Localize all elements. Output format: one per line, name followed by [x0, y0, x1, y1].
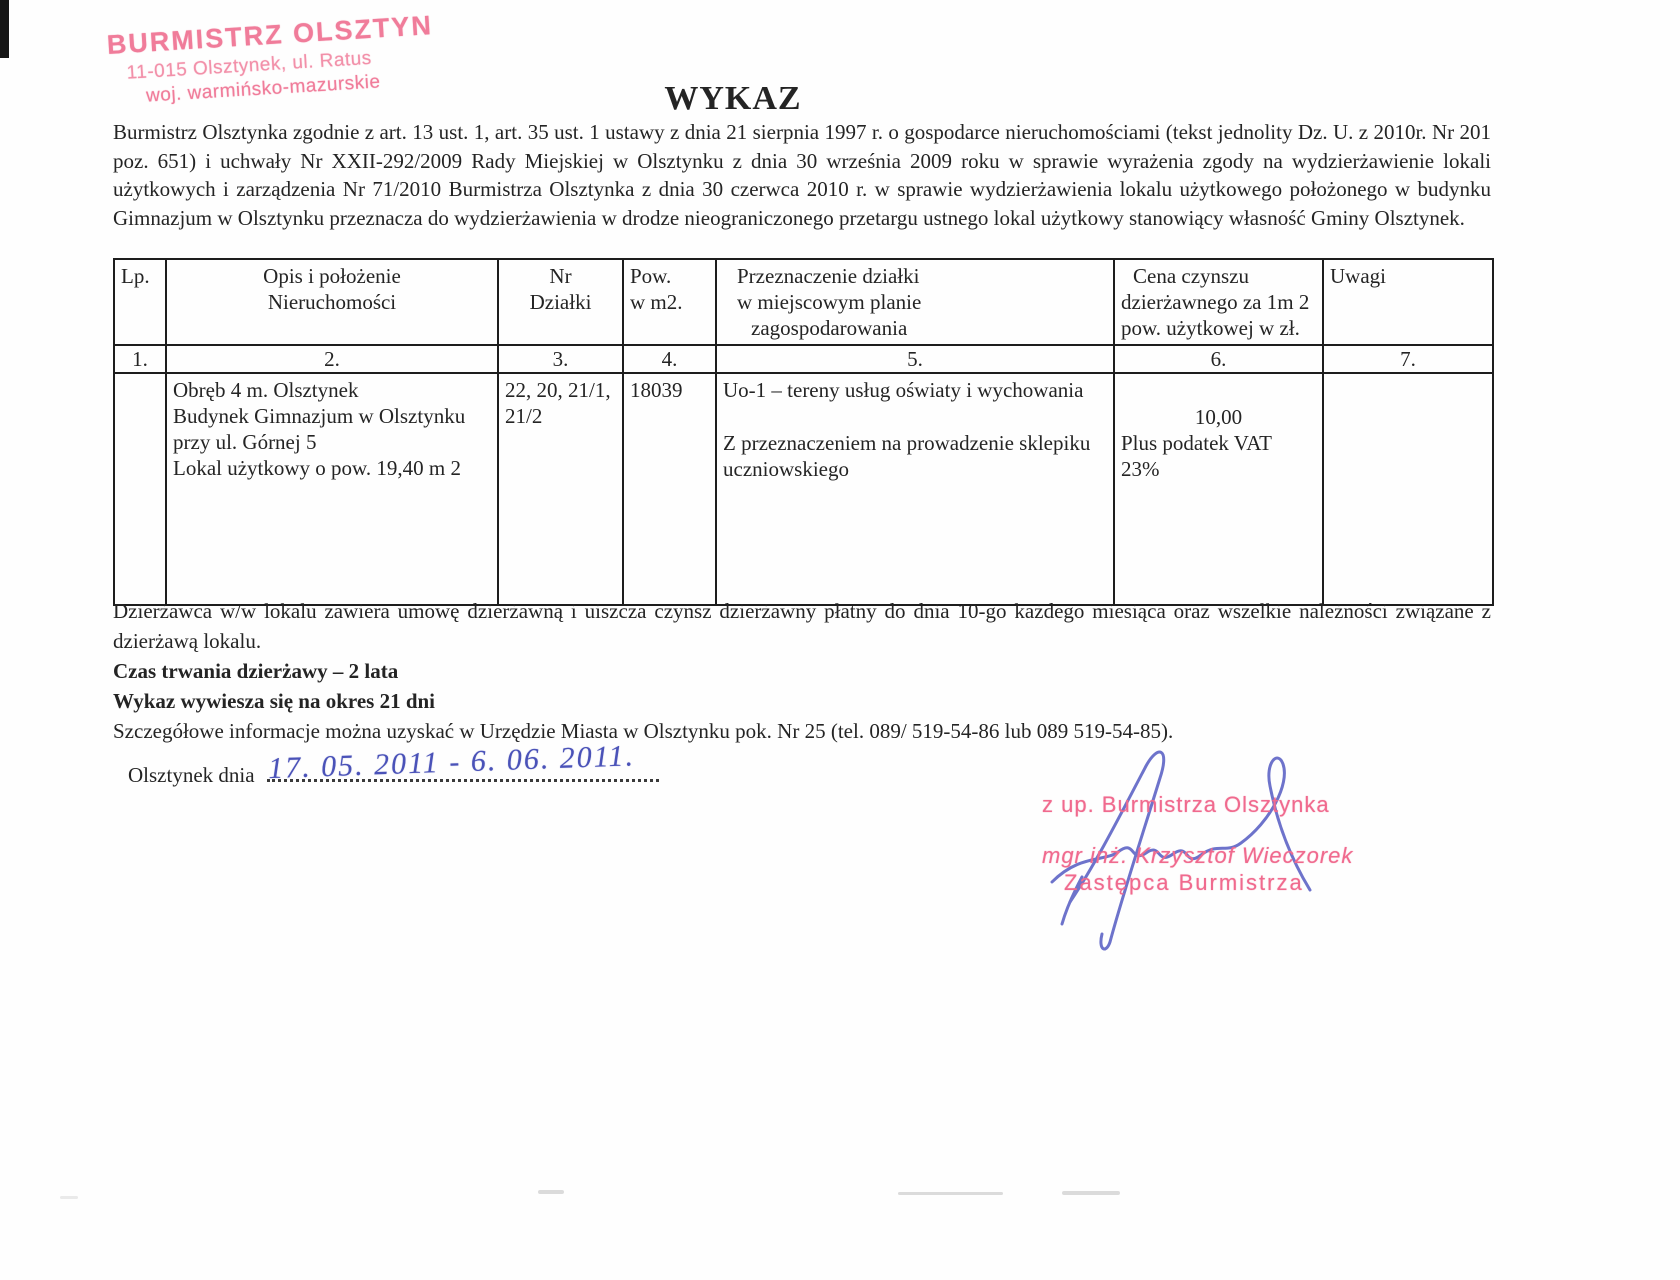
posting-period-line: Wykaz wywiesza się na okres 21 dni	[113, 686, 1491, 716]
cell-przeznaczenie: Uo-1 – tereny usług oświaty i wychowania…	[716, 373, 1114, 605]
col-header-cena: Cena czynszu dzierżawnego za 1m 2 pow. u…	[1114, 259, 1323, 345]
opis-line: Budynek Gimnazjum w Olsztynku	[173, 403, 491, 429]
intro-paragraph: Burmistrz Olsztynka zgodnie z art. 13 us…	[113, 118, 1491, 232]
col-number: 3.	[498, 345, 623, 373]
col-header-nr-dzialki: Nr Działki	[498, 259, 623, 345]
col-header-pow: Pow. w m2.	[623, 259, 716, 345]
date-label: Olsztynek dnia	[128, 763, 255, 788]
scan-artifact	[60, 1196, 78, 1199]
col-number: 1.	[114, 345, 166, 373]
przeznaczenie-line: Uo-1 – tereny usług oświaty i wychowania	[723, 377, 1107, 403]
pow-value: 18039	[630, 377, 709, 403]
header-text: Nieruchomości	[173, 289, 491, 315]
cena-vat-line: Plus podatek VAT	[1121, 430, 1316, 456]
header-text: Działki	[505, 289, 616, 315]
cell-pow: 18039	[623, 373, 716, 605]
header-text: dzierżawnego za 1m 2	[1121, 289, 1316, 315]
nr-dzialki-value: 22, 20, 21/1, 21/2	[505, 377, 616, 429]
lease-terms-paragraph: Dzierżawca w/w lokalu zawiera umowę dzie…	[113, 596, 1491, 656]
col-number: 2.	[166, 345, 498, 373]
signature-name-line: mgr inż. Krzysztof Wieczorek	[1042, 843, 1353, 869]
document-title: WYKAZ	[113, 80, 1353, 118]
header-text: pow. użytkowej w zł.	[1121, 315, 1316, 341]
signature-authority-line: z up. Burmistrza Olsztynka	[1042, 792, 1353, 818]
listing-table: Lp. Opis i położenie Nieruchomości Nr Dz…	[113, 258, 1494, 606]
lease-duration-line: Czas trwania dzierżawy – 2 lata	[113, 656, 1491, 686]
header-text: w miejscowym planie	[723, 289, 1107, 315]
scanned-document-page: BURMISTRZ OLSZTYN 11-015 Olsztynek, ul. …	[0, 0, 1680, 1280]
signature-title-line: Zastępca Burmistrza	[1064, 870, 1353, 896]
header-text: Przeznaczenie działki	[723, 263, 1107, 289]
cena-vat-line: 23%	[1121, 456, 1316, 482]
col-number: 7.	[1323, 345, 1493, 373]
col-header-opis: Opis i położenie Nieruchomości	[166, 259, 498, 345]
signature-stamp-block: z up. Burmistrza Olsztynka mgr inż. Krzy…	[1042, 792, 1353, 896]
col-number: 4.	[623, 345, 716, 373]
header-text: Nr	[505, 263, 616, 289]
cell-cena: 10,00 Plus podatek VAT 23%	[1114, 373, 1323, 605]
col-header-przeznaczenie: Przeznaczenie działki w miejscowym plani…	[716, 259, 1114, 345]
przeznaczenie-line: Z przeznaczeniem na prowadzenie sklepiku…	[723, 430, 1107, 482]
cena-amount: 10,00	[1121, 404, 1316, 430]
blank-line	[1121, 377, 1316, 404]
scan-artifact	[538, 1190, 564, 1194]
col-number: 5.	[716, 345, 1114, 373]
header-text: Lp.	[121, 263, 159, 289]
table-header-row: Lp. Opis i położenie Nieruchomości Nr Dz…	[114, 259, 1493, 345]
blank-line	[723, 403, 1107, 430]
table-row: Obręb 4 m. Olsztynek Budynek Gimnazjum w…	[114, 373, 1493, 605]
col-number: 6.	[1114, 345, 1323, 373]
date-line: Olsztynek dnia 17. 05. 2011 - 6. 06. 201…	[128, 759, 659, 788]
header-text: Cena czynszu	[1121, 263, 1316, 289]
header-text: Pow.	[630, 263, 709, 289]
col-header-uwagi: Uwagi	[1323, 259, 1493, 345]
scan-artifact	[898, 1192, 1003, 1195]
header-text: w m2.	[630, 289, 709, 315]
header-text: Opis i położenie	[173, 263, 491, 289]
header-text: Uwagi	[1330, 263, 1486, 289]
cell-uwagi	[1323, 373, 1493, 605]
col-header-lp: Lp.	[114, 259, 166, 345]
opis-line: Lokal użytkowy o pow. 19,40 m 2	[173, 455, 491, 481]
scan-artifact	[1062, 1191, 1120, 1195]
column-numbering-row: 1. 2. 3. 4. 5. 6. 7.	[114, 345, 1493, 373]
scan-edge-artifact	[0, 0, 9, 58]
opis-line: Obręb 4 m. Olsztynek	[173, 377, 491, 403]
header-text: zagospodarowania	[723, 315, 1107, 341]
cell-nr-dzialki: 22, 20, 21/1, 21/2	[498, 373, 623, 605]
opis-line: przy ul. Górnej 5	[173, 429, 491, 455]
cell-lp	[114, 373, 166, 605]
footer-text-block: Dzierżawca w/w lokalu zawiera umowę dzie…	[113, 596, 1491, 746]
cell-opis: Obręb 4 m. Olsztynek Budynek Gimnazjum w…	[166, 373, 498, 605]
